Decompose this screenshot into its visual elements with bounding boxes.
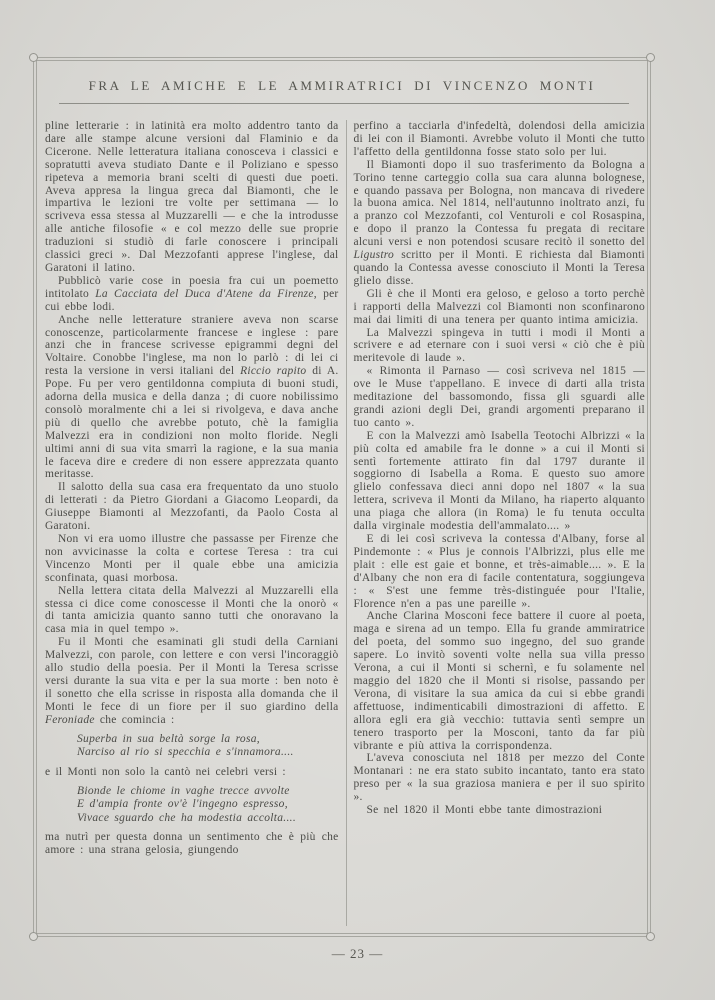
paragraph: E con la Malvezzi amò Isabella Teotochi …: [354, 430, 646, 533]
paragraph: Non vi era uomo illustre che passasse pe…: [45, 533, 339, 585]
paragraph-text: Il salotto della sua casa era frequentat…: [45, 481, 339, 532]
verse-quotation: Bionde le chiome in vaghe trecce avvolte…: [77, 785, 339, 826]
verse-quotation: Superba in sua beltà sorge la rosa,Narci…: [77, 733, 339, 760]
border-corner-ornament-top-right: [646, 53, 655, 62]
verse-line: Narciso al rio si specchia e s'innamora.…: [77, 746, 339, 760]
paragraph: L'aveva conosciuta nel 1818 per mezzo de…: [354, 752, 646, 804]
paragraph-text: pline letterarie : in latinità era molto…: [45, 120, 339, 274]
paragraph: Il salotto della sua casa era frequentat…: [45, 481, 339, 533]
italic-title: Riccio rapito: [240, 365, 306, 377]
paragraph: Se nel 1820 il Monti ebbe tante dimostra…: [354, 804, 646, 817]
paragraph-text: E con la Malvezzi amò Isabella Teotochi …: [354, 430, 646, 532]
paragraph-text: L'aveva conosciuta nel 1818 per mezzo de…: [354, 752, 646, 803]
paragraph-text: di A. Pope. Fu per vero gentildonna comp…: [45, 365, 339, 480]
paragraph: e il Monti non solo la cantò nei celebri…: [45, 766, 339, 779]
paragraph-text: La Malvezzi spingeva in tutti i modi il …: [354, 327, 646, 365]
paragraph: « Rimonta il Parnaso — così scriveva nel…: [354, 365, 646, 430]
paragraph-text: ma nutrì per questa donna un sentimento …: [45, 831, 339, 856]
page-number: — 23 —: [0, 946, 715, 962]
paragraph: ma nutrì per questa donna un sentimento …: [45, 831, 339, 857]
paragraph: Fu il Monti che esaminati gli studi dell…: [45, 636, 339, 726]
paragraph-text: scritto per il Monti. E richiesta dal Bi…: [354, 249, 646, 287]
verse-line: Superba in sua beltà sorge la rosa,: [77, 733, 339, 747]
paragraph-text: E di lei così scriveva la contessa d'Alb…: [354, 533, 646, 610]
running-header-title: FRA LE AMICHE E LE AMMIRATRICI DI VINCEN…: [34, 78, 650, 94]
italic-title: Ligustro: [354, 249, 395, 261]
italic-title: Feroniade: [45, 714, 95, 726]
paragraph-text: Fu il Monti che esaminati gli studi dell…: [45, 636, 339, 713]
border-corner-ornament-bottom-right: [646, 932, 655, 941]
paragraph: Anche nelle letterature straniere aveva …: [45, 314, 339, 482]
paragraph-text: Anche Clarina Mosconi fece battere il cu…: [354, 610, 646, 751]
paragraph-text: e il Monti non solo la cantò nei celebri…: [45, 766, 286, 778]
text-body: pline letterarie : in latinità era molto…: [45, 120, 645, 926]
paragraph: Il Biamonti dopo il suo trasferimento da…: [354, 159, 646, 288]
paragraph-text: « Rimonta il Parnaso — così scriveva nel…: [354, 365, 646, 429]
border-corner-ornament-top-left: [29, 53, 38, 62]
paragraph-text: perfino a tacciarla d'infedeltà, dolendo…: [354, 120, 646, 158]
paragraph-text: Il Biamonti dopo il suo trasferimento da…: [354, 159, 646, 248]
paragraph: E di lei così scriveva la contessa d'Alb…: [354, 533, 646, 610]
paragraph: La Malvezzi spingeva in tutti i modi il …: [354, 327, 646, 366]
paragraph-text: Nella lettera citata della Malvezzi al M…: [45, 585, 339, 636]
paragraph: Pubblicò varie cose in poesia fra cui un…: [45, 275, 339, 314]
paragraph-text: Se nel 1820 il Monti ebbe tante dimostra…: [367, 804, 603, 816]
text-column-left: pline letterarie : in latinità era molto…: [45, 120, 347, 926]
paragraph-text: Non vi era uomo illustre che passasse pe…: [45, 533, 339, 584]
paragraph: perfino a tacciarla d'infedeltà, dolendo…: [354, 120, 646, 159]
border-corner-ornament-bottom-left: [29, 932, 38, 941]
verse-line: E d'ampia fronte ov'è l'ingegno espresso…: [77, 798, 339, 812]
italic-title: La Cacciata del Duca d'Atene da Firenze: [95, 288, 314, 300]
paragraph: Nella lettera citata della Malvezzi al M…: [45, 585, 339, 637]
paragraph: pline letterarie : in latinità era molto…: [45, 120, 339, 275]
text-column-right: perfino a tacciarla d'infedeltà, dolendo…: [347, 120, 646, 926]
paragraph-text: che comincia :: [95, 714, 175, 726]
paragraph: Anche Clarina Mosconi fece battere il cu…: [354, 610, 646, 752]
page-border-frame: FRA LE AMICHE E LE AMMIRATRICI DI VINCEN…: [33, 57, 651, 937]
header-divider-rule: [59, 103, 629, 104]
verse-line: Vivace sguardo che ha modestia accolta..…: [77, 812, 339, 826]
paragraph: Gli è che il Monti era geloso, e geloso …: [354, 288, 646, 327]
verse-line: Bionde le chiome in vaghe trecce avvolte: [77, 785, 339, 799]
paragraph-text: Gli è che il Monti era geloso, e geloso …: [354, 288, 646, 326]
